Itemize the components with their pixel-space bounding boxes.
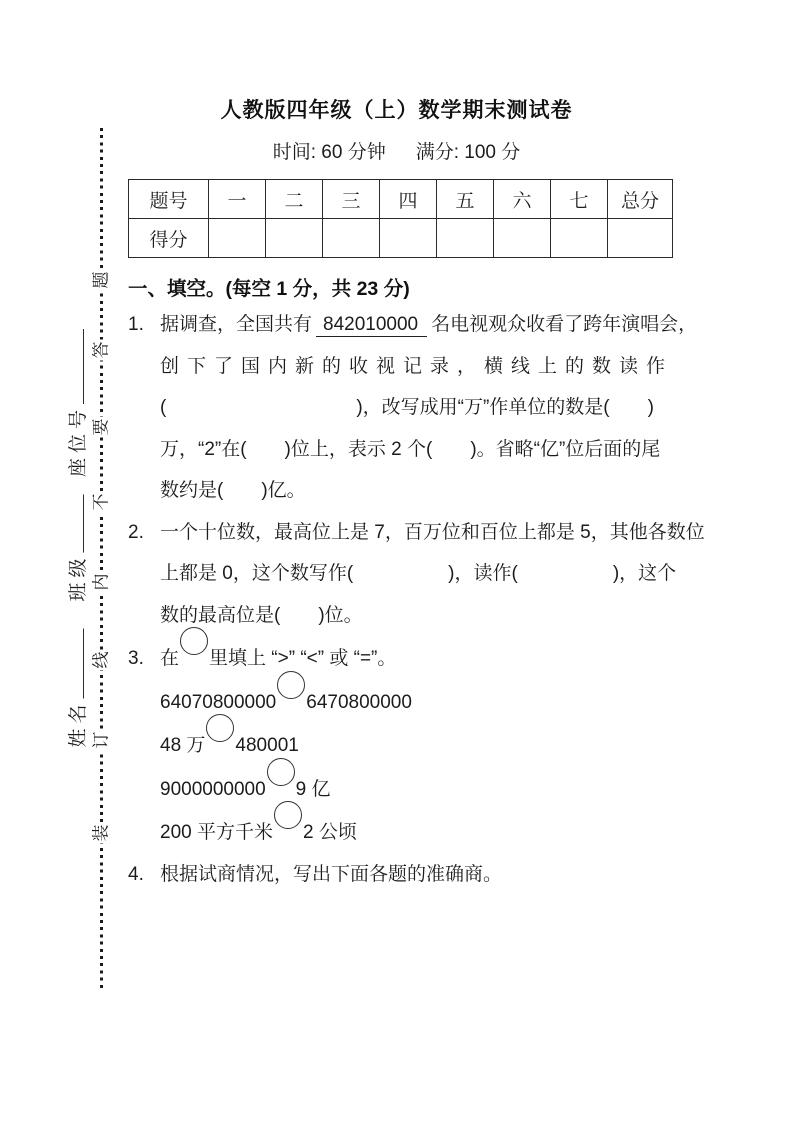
question-number: 4.: [128, 854, 160, 896]
score-cell: [380, 219, 437, 258]
compare-circle-icon: [267, 758, 295, 786]
class-blank-line: [64, 494, 84, 552]
score-cell: [323, 219, 380, 258]
section-1-heading: 一、填空。(每空 1 分，共 23 分): [128, 274, 665, 304]
q3-item-right: 2 公顷: [303, 822, 357, 843]
test-paper-page: 题 答 要 不 内 线 订 装 座位号 班级 姓名 人教版四年级（上）数学期末测…: [0, 0, 793, 1122]
compare-circle-icon: [277, 671, 305, 699]
binding-char: 要: [89, 417, 114, 438]
q3-item-left: 48 万: [160, 735, 205, 756]
q3-head-pre: 在: [160, 648, 179, 669]
main-content: 人教版四年级（上）数学期末测试卷 时间: 60 分钟满分: 100 分 题号 一…: [128, 96, 665, 895]
score-table-header-row: 题号 一 二 三 四 五 六 七 总分: [129, 180, 673, 219]
full-score: 满分: 100 分: [416, 142, 521, 163]
q3-head-post: 里填上 “>” “<” 或 “=”。: [209, 648, 396, 669]
time-limit: 时间: 60 分钟: [273, 142, 386, 163]
binding-char: 装: [89, 823, 114, 844]
header-cell-question-no: 题号: [129, 180, 209, 219]
binding-char: 线: [89, 650, 114, 671]
question-number: 3.: [128, 638, 160, 680]
score-table-score-row: 得分: [129, 219, 673, 258]
name-label: 姓名: [64, 628, 88, 747]
q1-line4: 万，“2”在( )位上，表示 2 个( )。省略“亿”位后面的尾: [128, 429, 665, 471]
header-cell: 一: [209, 180, 266, 219]
binding-char: 订: [89, 730, 114, 751]
q3-item-right: 9 亿: [296, 779, 331, 800]
seat-number-text: 座位号: [68, 405, 89, 477]
header-cell: 六: [494, 180, 551, 219]
q2-line1: 2.一个十位数，最高位上是 7，百万位和百位上都是 5，其他各数位: [128, 512, 665, 554]
score-row-label: 得分: [129, 219, 209, 258]
q1-line1-post: 名电视观众收看了跨年演唱会，: [431, 314, 697, 335]
score-cell: [551, 219, 608, 258]
binding-char: 内: [89, 572, 114, 593]
question-number: 2.: [128, 512, 160, 554]
q1-underlined-number: 842010000: [316, 314, 427, 337]
q1-line2: 创下了国内新的收视记录，横线上的数读作: [128, 346, 665, 388]
class-label: 班级: [64, 494, 88, 601]
header-cell: 二: [266, 180, 323, 219]
q4-text: 根据试商情况，写出下面各题的准确商。: [160, 864, 502, 885]
q3-item-left: 9000000000: [160, 779, 266, 800]
q2-line2: 上都是 0，这个数写作( )，读作( )，这个: [128, 553, 665, 595]
q3-item: 640708000006470800000: [128, 680, 665, 724]
score-cell: [494, 219, 551, 258]
compare-circle-icon: [206, 714, 234, 742]
exam-meta: 时间: 60 分钟满分: 100 分: [128, 139, 665, 167]
seat-number-label: 座位号: [64, 329, 88, 477]
score-cell-total: [608, 219, 673, 258]
score-cell: [437, 219, 494, 258]
binding-char: 题: [89, 270, 114, 291]
q1-line3: ( )，改写成用“万”作单位的数是( ): [128, 387, 665, 429]
score-table: 题号 一 二 三 四 五 六 七 总分 得分: [128, 179, 673, 258]
header-cell: 七: [551, 180, 608, 219]
compare-circle-icon: [180, 627, 208, 655]
q3-item-right: 480001: [235, 735, 298, 756]
q3-item: 90000000009 亿: [128, 767, 665, 811]
score-cell: [209, 219, 266, 258]
binding-char: 答: [89, 340, 114, 361]
q3-item-right: 6470800000: [306, 692, 412, 713]
binding-dotted-line: [100, 128, 103, 990]
q3-item: 48 万480001: [128, 723, 665, 767]
q2-line1-text: 一个十位数，最高位上是 7，百万位和百位上都是 5，其他各数位: [160, 522, 705, 543]
q2-line3: 数的最高位是( )位。: [128, 595, 665, 637]
q4-line1: 4.根据试商情况，写出下面各题的准确商。: [128, 854, 665, 896]
seat-number-blank-line: [64, 329, 84, 404]
q3-item-left: 200 平方千米: [160, 822, 273, 843]
class-text: 班级: [68, 553, 89, 601]
q1-line1: 1.据调查，全国共有842010000名电视观众收看了跨年演唱会，: [128, 304, 665, 346]
header-cell: 四: [380, 180, 437, 219]
q3-item: 200 平方千米2 公顷: [128, 810, 665, 854]
score-cell: [266, 219, 323, 258]
q3-item-left: 64070800000: [160, 692, 276, 713]
header-cell-total: 总分: [608, 180, 673, 219]
name-blank-line: [64, 628, 84, 698]
question-number: 1.: [128, 304, 160, 346]
q1-line1-pre: 据调查，全国共有: [160, 314, 312, 335]
q3-heading: 3.在里填上 “>” “<” 或 “=”。: [128, 636, 665, 680]
header-cell: 五: [437, 180, 494, 219]
binding-char: 不: [89, 492, 114, 513]
compare-circle-icon: [274, 801, 302, 829]
page-title: 人教版四年级（上）数学期末测试卷: [128, 96, 665, 126]
q1-line5: 数约是( )亿。: [128, 470, 665, 512]
header-cell: 三: [323, 180, 380, 219]
name-text: 姓名: [68, 699, 89, 747]
